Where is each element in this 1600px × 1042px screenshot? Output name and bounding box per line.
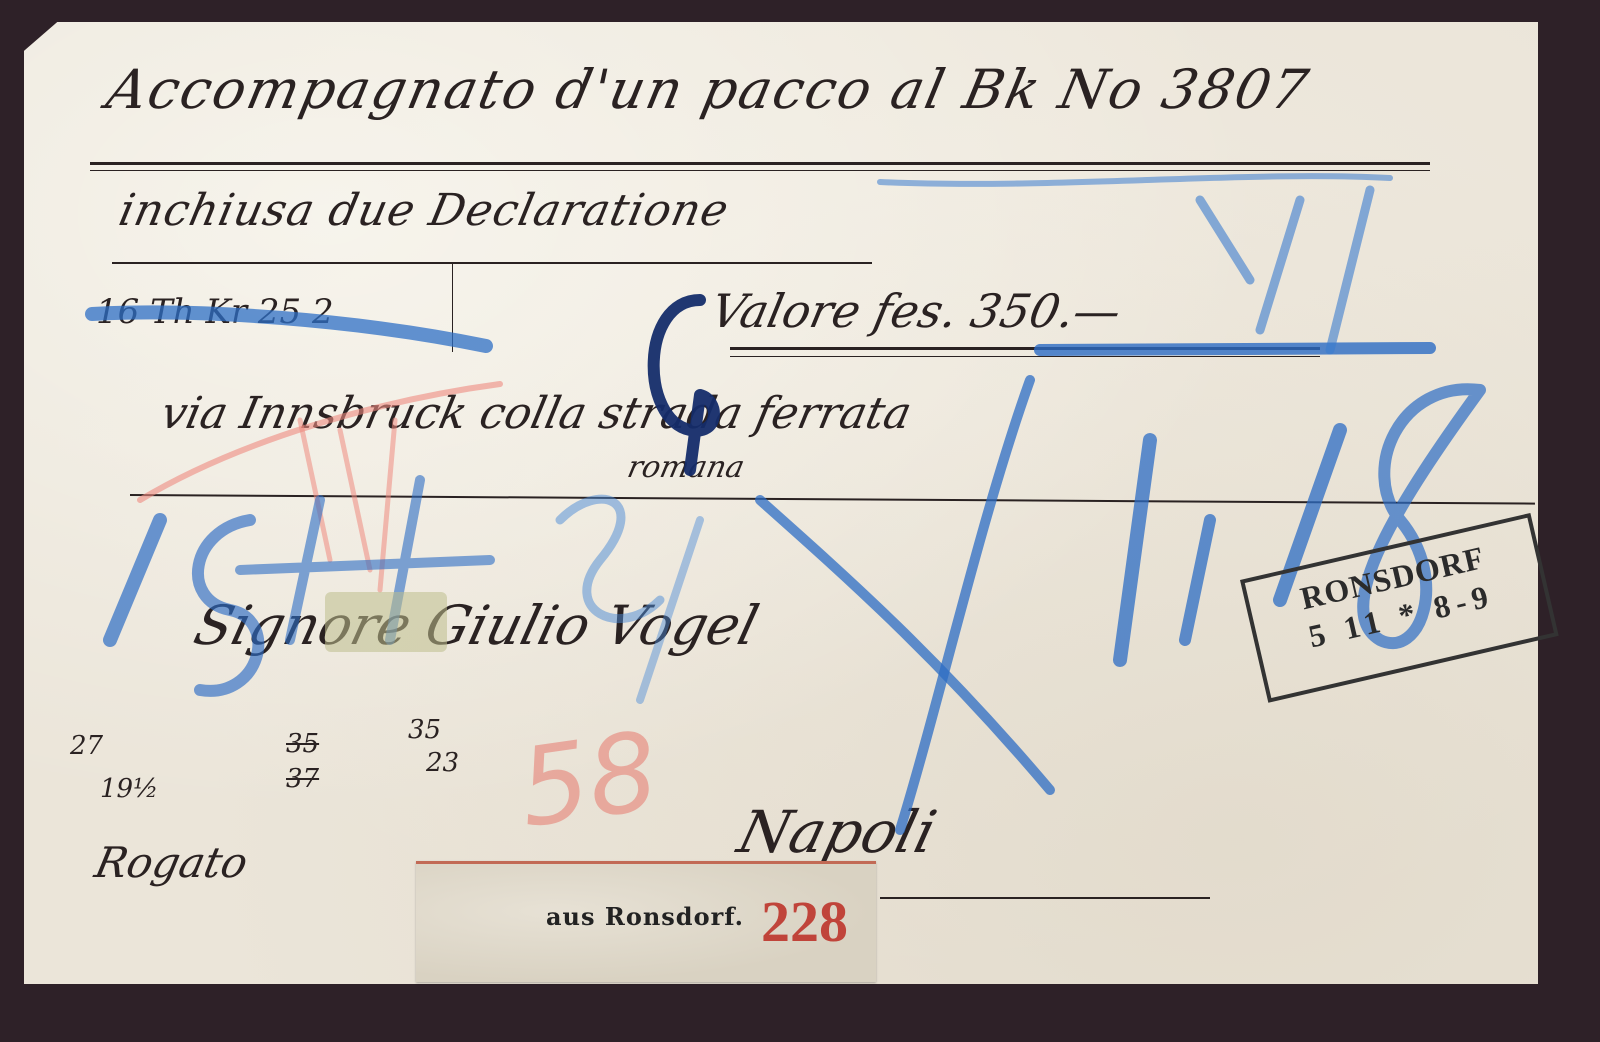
handwritten-city: Napoli <box>732 798 943 866</box>
ruled-line-valore <box>730 347 1320 350</box>
ruled-line-valore-thin <box>730 356 1320 357</box>
fraction-left: 27 19½ <box>70 732 158 803</box>
handwritten-recipient: Signore Giulio Vogel <box>188 594 765 657</box>
fraction-left-bottom: 19½ <box>100 775 158 804</box>
tape-residue <box>325 592 447 652</box>
handwritten-route-continued: romana <box>624 450 747 485</box>
handwritten-route: via Innsbruck colla strada ferrata <box>157 388 916 439</box>
fraction-right-bottom: 23 <box>426 749 459 778</box>
registration-label-text: aus Ronsdorf. <box>546 902 744 931</box>
fraction-middle: 35 37 <box>286 730 319 793</box>
handwritten-valore: Valore fes. 350.— <box>706 284 1126 338</box>
handwritten-line-declaratione: inchiusa due Declaratione <box>115 185 734 236</box>
handwritten-crossed-amount: 16 Th Kr 25 2 <box>96 292 334 332</box>
handwritten-rogato: Rogato <box>91 838 252 887</box>
fraction-right: 35 23 <box>408 716 459 777</box>
registration-label-number: 228 <box>761 888 848 955</box>
fraction-middle-top: 35 <box>286 730 319 759</box>
red-crayon-number: 58 <box>512 709 665 852</box>
fraction-middle-bottom: 37 <box>286 765 319 794</box>
ruled-line-top-thin <box>90 170 1430 171</box>
ruled-line-city <box>880 897 1210 899</box>
fraction-right-top: 35 <box>408 716 459 745</box>
handwritten-line-accompagnato: Accompagnato d'un pacco al Bk No 3807 <box>101 58 1315 121</box>
vertical-tick <box>452 262 453 352</box>
ruled-line-second <box>112 262 872 264</box>
ruled-line-top <box>90 162 1430 165</box>
fraction-left-top: 27 <box>70 732 158 761</box>
registration-label: aus Ronsdorf. 228 <box>416 861 876 982</box>
